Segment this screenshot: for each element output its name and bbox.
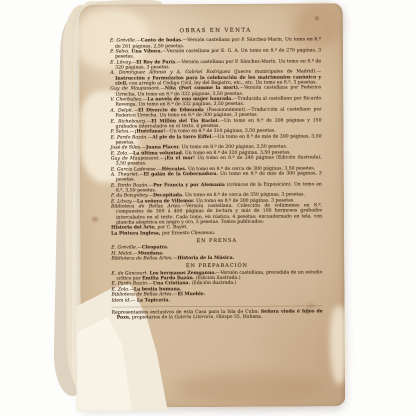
catalog-entry: Biblioteca de Bellas Artes.—Versión cast… (111, 203, 322, 226)
catalog-entry: A. Domínguez Alfonso y A. Gabriel Rodríg… (110, 70, 321, 87)
section-heading: EN PREPARACIÓN (111, 263, 322, 270)
photo-backdrop: OBRAS EN VENTAE. Gréville.—Canto de boda… (0, 0, 416, 416)
catalog-item: La Pintura Inglesa, por Ernesto Chesneau… (111, 230, 322, 237)
worn-corner-patch (77, 310, 156, 410)
catalog-title: OBRAS EN VENTA (110, 28, 321, 35)
catalog-entry: Biblioteca de Bellas Artes.—Historia de … (111, 255, 322, 262)
divider-rule (112, 306, 323, 308)
distributor-note: Representantes exclusivos de esta Casa p… (112, 309, 323, 321)
catalog-text: OBRAS EN VENTAE. Gréville.—Canto de boda… (110, 28, 323, 321)
section-heading: EN PRENSA (111, 238, 322, 245)
catalog-entry: Idem íd.— La Tapicería. (112, 297, 323, 304)
ink-speck (315, 16, 319, 20)
book-page: OBRAS EN VENTAE. Gréville.—Canto de boda… (79, 3, 345, 408)
paper-spot (92, 217, 98, 222)
paper-stain (330, 306, 346, 384)
paper-stain (176, 371, 326, 404)
